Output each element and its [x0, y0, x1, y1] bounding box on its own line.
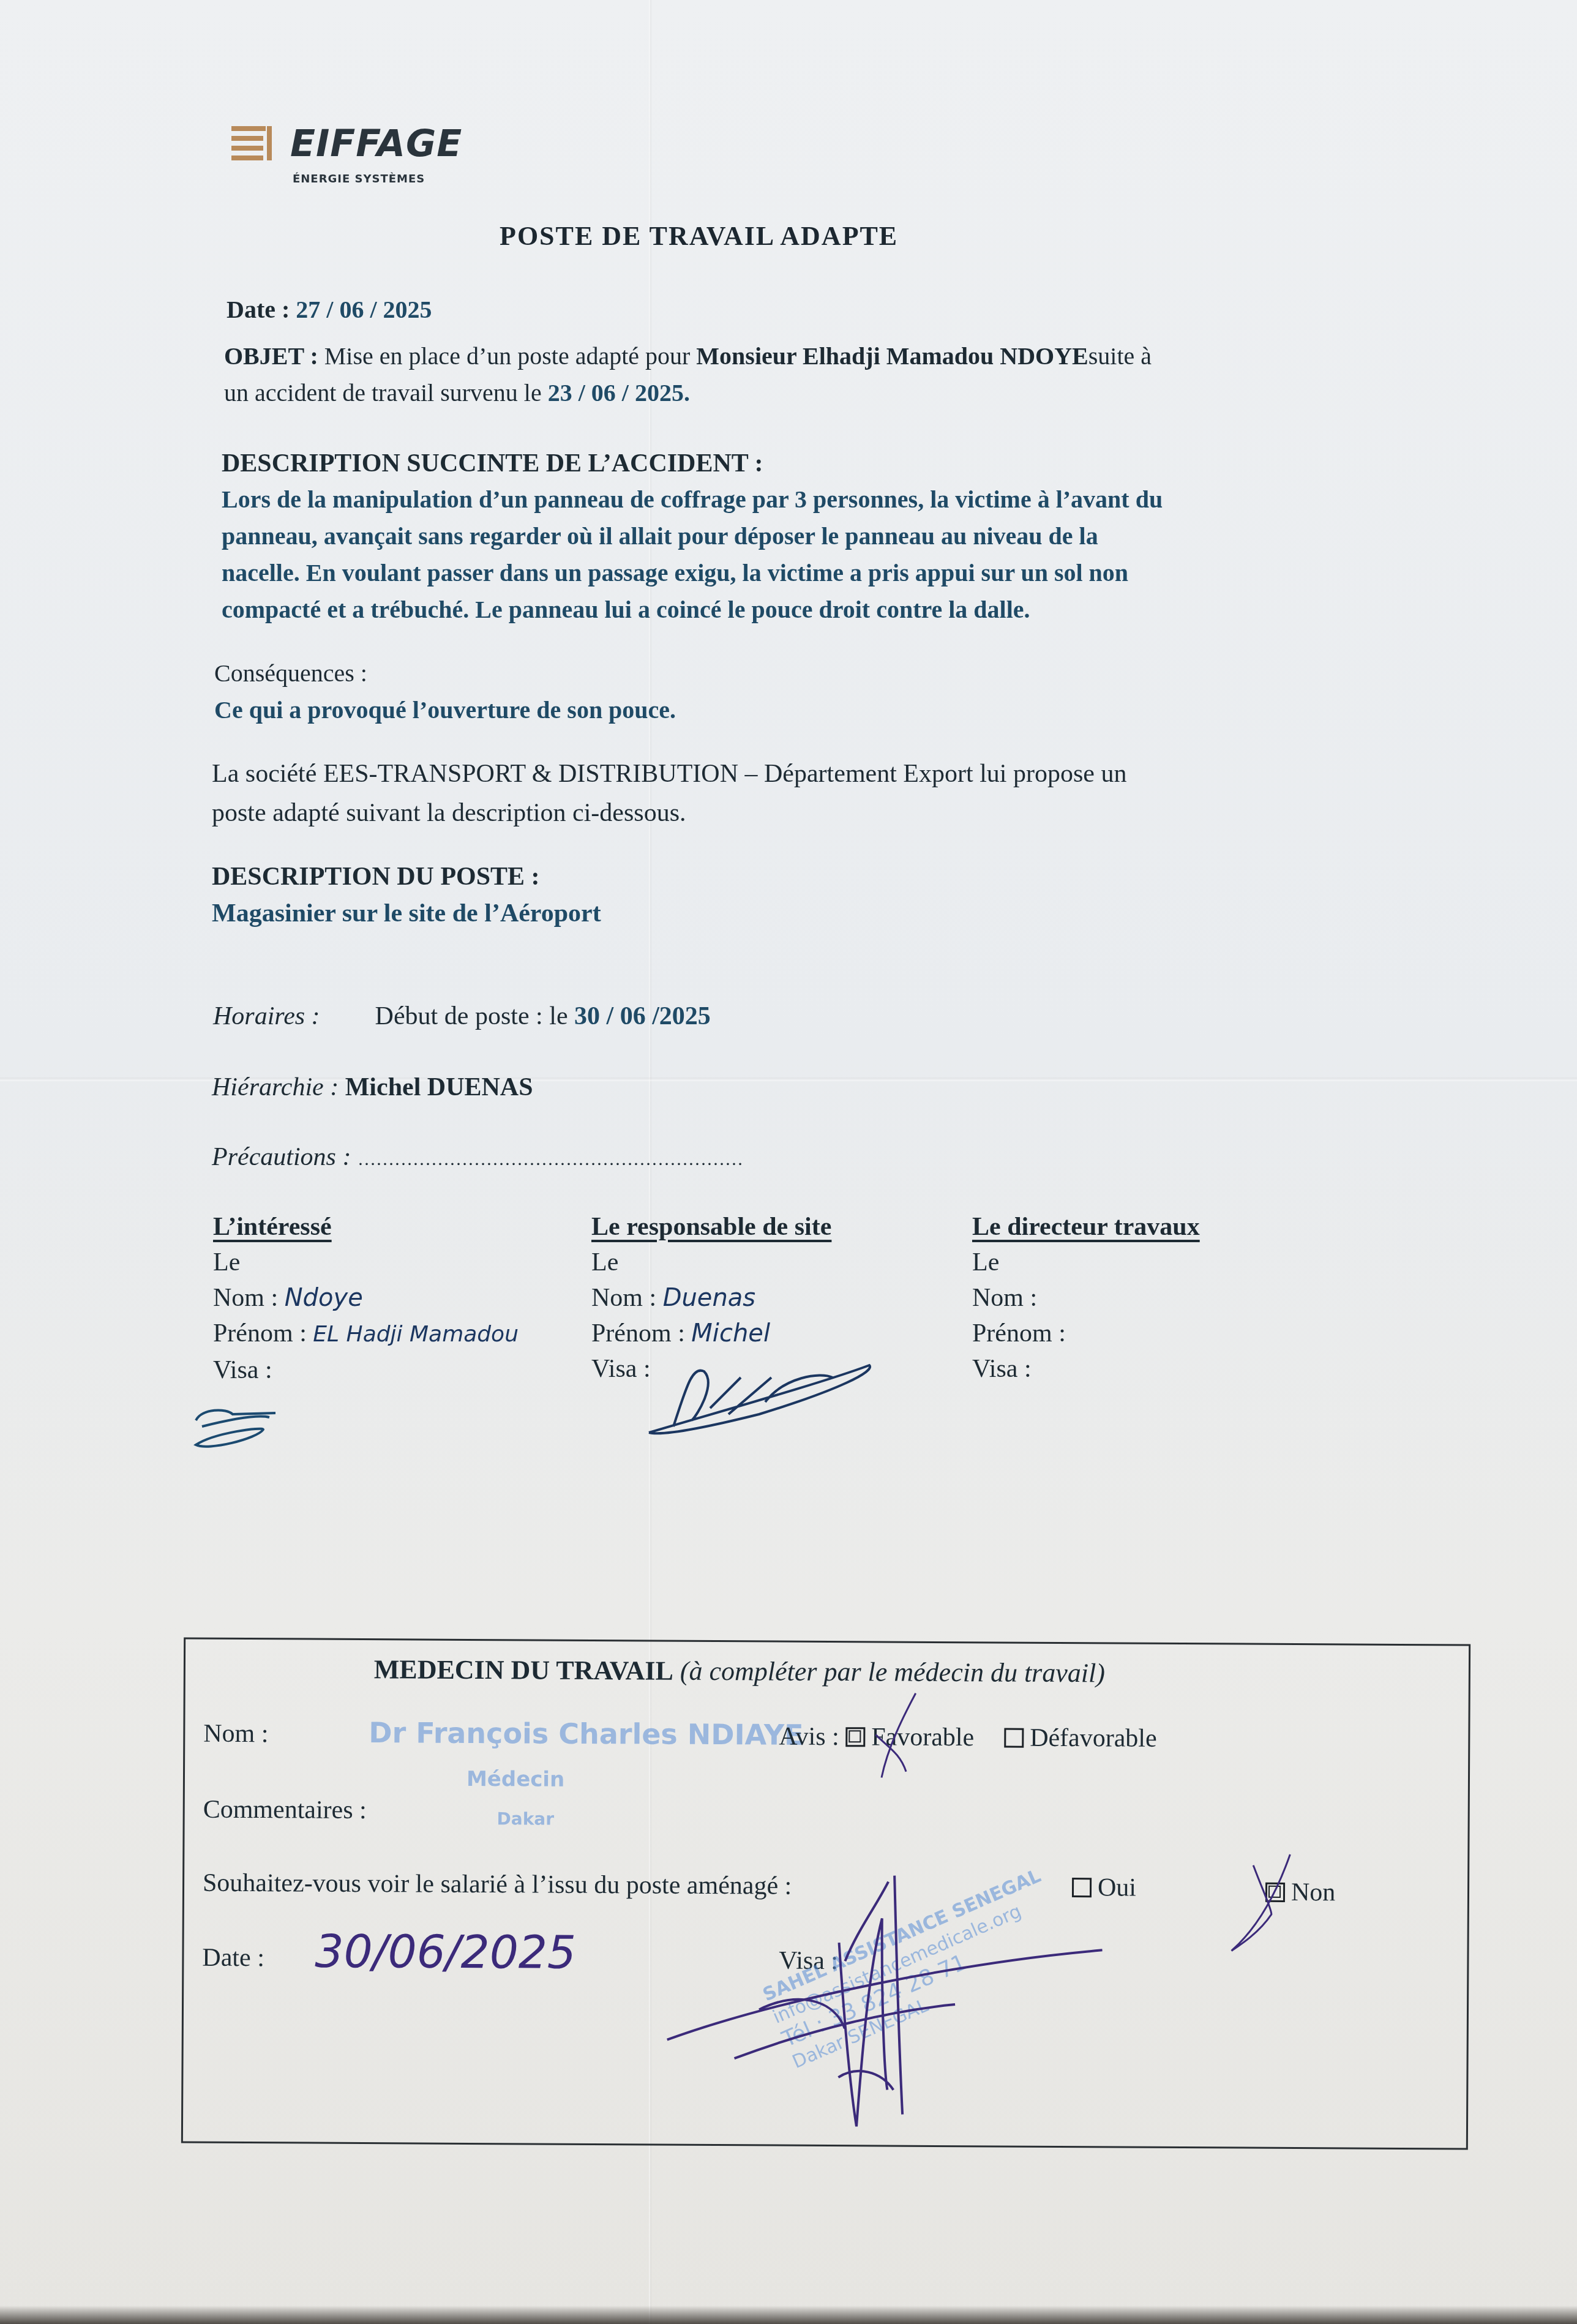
defavorable-checkbox[interactable]	[1004, 1728, 1024, 1748]
horaires-text: Début de poste : le	[375, 1002, 574, 1030]
consequences-section: Conséquences : Ce qui a provoqué l’ouver…	[214, 655, 676, 729]
accident-line: panneau, avançait sans regarder où il al…	[222, 518, 1163, 555]
nom-handwritten: Duenas	[663, 1284, 755, 1312]
objet-text-2: suite à	[1088, 342, 1152, 370]
consequences-text: Ce qui a provoqué l’ouverture de son pou…	[214, 692, 676, 729]
nom-label: Nom :	[213, 1284, 285, 1312]
accident-description: Lors de la manipulation d’un panneau de …	[222, 481, 1163, 628]
signatory-interesse: L’intéressé Le Nom : Ndoye Prénom : EL H…	[213, 1209, 519, 1388]
prenom-handwritten: Michel	[691, 1319, 770, 1348]
signature-responsable-site	[637, 1353, 882, 1445]
signature-interesse	[190, 1402, 288, 1451]
accident-line: Lors de la manipulation d’un panneau de …	[222, 481, 1163, 518]
hierarchie-value: Michel DUENAS	[345, 1073, 533, 1101]
medecin-date-label: Date :	[202, 1943, 264, 1973]
horaires-row: Horaires :Début de poste : le 30 / 06 /2…	[213, 1002, 711, 1031]
document-date: Date : 27 / 06 / 2025	[227, 295, 432, 324]
company-proposal: La société EES-TRANSPORT & DISTRIBUTION …	[212, 754, 1127, 833]
objet-line-1: OBJET : Mise en place d’un poste adapté …	[224, 338, 1152, 375]
hierarchie-row: Hiérarchie : Michel DUENAS	[212, 1073, 533, 1102]
commentaires-label: Commentaires :	[203, 1795, 367, 1825]
signatory-le: Le	[972, 1245, 1200, 1280]
prenom-label: Prénom :	[213, 1319, 313, 1348]
nom-label: Nom :	[972, 1280, 1200, 1316]
medecin-title-note: (à compléter par le médecin du travail)	[680, 1656, 1105, 1689]
doctor-role-stamp: Médecin	[466, 1767, 565, 1792]
horaires-label: Horaires :	[213, 1002, 320, 1030]
prenom-label: Prénom :	[972, 1316, 1200, 1351]
visa-label: Visa :	[213, 1352, 519, 1388]
visa-label: Visa :	[972, 1351, 1200, 1387]
logo-brand: EIFFAGE	[290, 122, 462, 165]
prenom-label: Prénom :	[591, 1319, 691, 1348]
avis-row: Avis : Favorable Défavorable	[779, 1722, 1157, 1753]
company-line: poste adapté suivant la description ci-d…	[212, 793, 1127, 833]
signatory-header: L’intéressé	[213, 1209, 519, 1245]
precautions-label: Précautions :	[212, 1143, 358, 1171]
accident-line: compacté et a trébuché. Le panneau lui a…	[222, 591, 1163, 628]
accident-date: 23 / 06 / 2025.	[548, 379, 690, 407]
hierarchie-label: Hiérarchie :	[212, 1073, 345, 1101]
accident-line: nacelle. En voulant passer dans un passa…	[222, 555, 1163, 591]
photo-edge-shadow	[0, 2306, 1577, 2324]
non-check-mark	[1228, 1853, 1296, 1957]
signatory-header: Le responsable de site	[591, 1209, 831, 1245]
signatory-le: Le	[591, 1245, 831, 1280]
medecin-du-travail-box: MEDECIN DU TRAVAIL (à compléter par le m…	[181, 1638, 1470, 2150]
defavorable-label: Défavorable	[1030, 1724, 1157, 1753]
objet-label: OBJET :	[224, 342, 324, 370]
non-label: Non	[1291, 1878, 1336, 1906]
precautions-field[interactable]: ………………………………………………………	[358, 1149, 743, 1169]
signatory-le: Le	[213, 1245, 519, 1280]
avis-label: Avis :	[779, 1723, 839, 1752]
medecin-title-text: MEDECIN DU TRAVAIL	[374, 1654, 673, 1686]
company-line: La société EES-TRANSPORT & DISTRIBUTION …	[212, 754, 1127, 793]
favorable-check-mark	[869, 1692, 919, 1783]
date-value: 27 / 06 / 2025	[296, 296, 432, 323]
document-title: POSTE DE TRAVAIL ADAPTE	[500, 220, 898, 252]
accident-heading: DESCRIPTION SUCCINTE DE L’ACCIDENT :	[222, 446, 1163, 481]
medecin-date-handwritten: 30/06/2025	[315, 1925, 576, 1979]
consequences-label: Conséquences :	[214, 655, 676, 692]
objet-text-3: un accident de travail survenu le	[224, 379, 548, 407]
doctor-name-stamp: Dr François Charles NDIAYE	[369, 1716, 803, 1752]
medecin-title: MEDECIN DU TRAVAIL (à compléter par le m…	[374, 1654, 1105, 1689]
prenom-handwritten: EL Hadji Mamadou	[313, 1322, 519, 1347]
poste-section: DESCRIPTION DU POSTE : Magasinier sur le…	[212, 858, 601, 932]
objet-section: OBJET : Mise en place d’un poste adapté …	[224, 338, 1152, 411]
nom-label: Nom :	[591, 1284, 663, 1312]
nom-handwritten: Ndoye	[285, 1284, 363, 1312]
favorable-checkbox[interactable]	[845, 1727, 865, 1747]
accident-section: DESCRIPTION SUCCINTE DE L’ACCIDENT : Lor…	[222, 446, 1163, 628]
objet-text: Mise en place d’un poste adapté pour	[324, 342, 697, 370]
horaires-date: 30 / 06 /2025	[574, 1002, 711, 1030]
objet-line-2: un accident de travail survenu le 23 / 0…	[224, 375, 1152, 411]
medecin-signature	[661, 1856, 1128, 2153]
date-label: Date :	[227, 296, 296, 323]
poste-text: Magasinier sur le site de l’Aéroport	[212, 895, 601, 932]
stacked-bars-logo-icon	[231, 126, 274, 164]
poste-heading: DESCRIPTION DU POSTE :	[212, 858, 601, 895]
precautions-row: Précautions : ………………………………………………………	[212, 1142, 743, 1172]
commentaires-field[interactable]	[387, 1793, 1428, 1835]
signatory-header: Le directeur travaux	[972, 1209, 1200, 1245]
signatory-directeur-travaux: Le directeur travaux Le Nom : Prénom : V…	[972, 1209, 1200, 1387]
logo-subtitle: ÉNERGIE SYSTÈMES	[293, 173, 425, 186]
medecin-nom-label: Nom :	[203, 1719, 268, 1749]
objet-person: Monsieur Elhadji Mamadou NDOYE	[696, 342, 1088, 370]
